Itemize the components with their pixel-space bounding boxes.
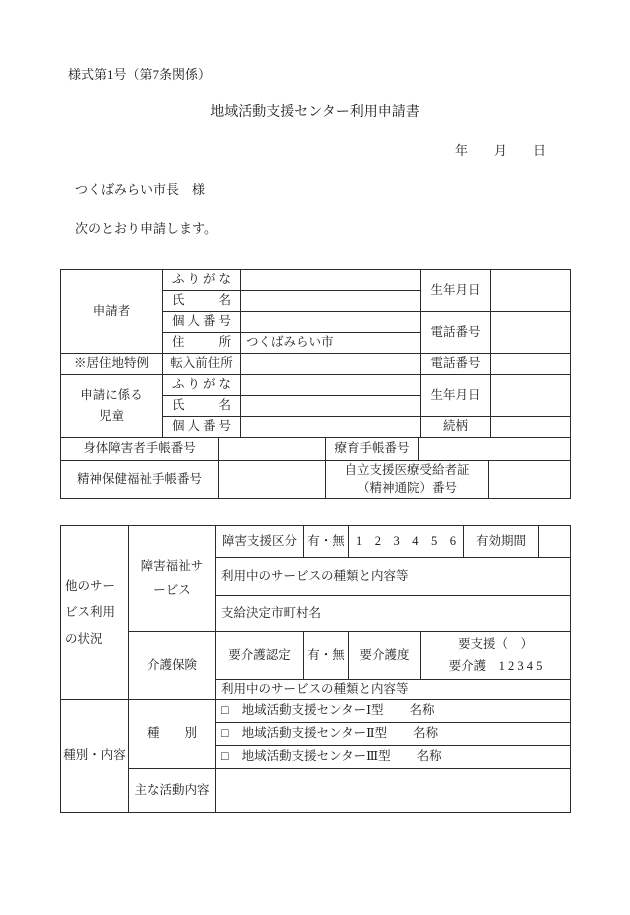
checkbox-center-type3[interactable]: □: [221, 749, 229, 765]
type-section-label: 種別・内容: [61, 700, 129, 813]
other-services-section-label: 他のサー ビス利用 の状況: [61, 526, 129, 700]
table-row: 他のサー ビス利用 の状況 障害福祉サ ービス 障害支援区分 有・無 1 2 3…: [61, 526, 571, 558]
child-name-field[interactable]: [241, 396, 421, 417]
physical-handbook-label: 身体障害者手帳番号: [61, 438, 219, 461]
center-type3-label: 地域活動支援センターⅢ型: [242, 749, 391, 763]
checkbox-center-type2[interactable]: □: [221, 726, 229, 742]
child-furigana-label: ふりがな: [163, 375, 241, 396]
applicant-phone-label: 電話番号: [421, 312, 491, 354]
mental-handbook-label: 精神保健福祉手帳番号: [61, 461, 219, 499]
table-row: 介護保険 要介護認定 有・無 要介護度 要支援（ ） 要介護 1 2 3 4 5: [61, 632, 571, 680]
main-activity-label: 主な活動内容: [129, 769, 216, 813]
disability-welfare-label: 障害福祉サ ービス: [129, 526, 216, 632]
care-level-label: 要介護度: [349, 632, 421, 680]
addressee-line: つくばみらい市長 様: [75, 181, 570, 199]
table-row: 精神保健福祉手帳番号 自立支援医療受給者証 （精神通院）番号: [61, 461, 571, 499]
center-type3-row: □地域活動支援センターⅢ型名称: [216, 746, 571, 769]
center-type1-name-label: 名称: [410, 703, 435, 719]
main-activity-field[interactable]: [216, 769, 571, 813]
center-type1-label: 地域活動支援センターⅠ型: [242, 703, 384, 717]
jiritsu-certificate-field[interactable]: [489, 461, 571, 499]
table-row: 身体障害者手帳番号 療育手帳番号: [61, 438, 571, 461]
care-level-options: 要支援（ ） 要介護 1 2 3 4 5: [421, 632, 571, 680]
table-row: 種別・内容 種別 □地域活動支援センターⅠ型名称: [61, 700, 571, 723]
checkbox-center-type1[interactable]: □: [221, 703, 229, 719]
nursing-insurance-label: 介護保険: [129, 632, 216, 700]
services-and-type-table: 他のサー ビス利用 の状況 障害福祉サ ービス 障害支援区分 有・無 1 2 3…: [60, 525, 571, 813]
applicant-personal-number-label: 個人番号: [163, 312, 241, 333]
page-title: 地域活動支援センター利用申請書: [60, 104, 570, 122]
applicant-furigana-label: ふりがな: [163, 270, 241, 291]
child-relation-label: 続柄: [421, 417, 491, 438]
residence-phone-field[interactable]: [491, 354, 571, 375]
application-form-page: 様式第1号（第7条関係） 地域活動支援センター利用申請書 年 月 日 つくばみら…: [60, 0, 570, 813]
support-category-label: 障害支援区分: [216, 526, 304, 558]
residence-exception-label: ※居住地特例: [61, 354, 163, 375]
center-type1-row: □地域活動支援センターⅠ型名称: [216, 700, 571, 723]
municipality-label: 支給決定市町村名: [216, 596, 571, 632]
applicant-phone-field[interactable]: [491, 312, 571, 354]
center-type3-name-label: 名称: [417, 749, 442, 765]
child-personal-number-field[interactable]: [241, 417, 421, 438]
applicant-birthdate-field[interactable]: [491, 270, 571, 312]
welfare-services-in-use-label: 利用中のサービスの種類と内容等: [216, 558, 571, 596]
valid-period-label: 有効期間: [464, 526, 539, 558]
applicant-name-field[interactable]: [241, 291, 421, 312]
applicant-section-label: 申請者: [61, 270, 163, 354]
jiritsu-certificate-label: 自立支援医療受給者証 （精神通院）番号: [326, 461, 489, 499]
applicant-address-field[interactable]: つくばみらい市: [241, 333, 421, 354]
table-row: ※居住地特例 転入前住所 電話番号: [61, 354, 571, 375]
child-section-label: 申請に係る 児童: [61, 375, 163, 438]
table-row: 申請者 ふりがな 生年月日: [61, 270, 571, 291]
ryoiku-handbook-label: 療育手帳番号: [326, 438, 419, 461]
form-number: 様式第1号（第7条関係）: [68, 66, 570, 84]
table-row: 申請に係る 児童 ふりがな 生年月日: [61, 375, 571, 396]
support-category-yes-no: 有・無: [304, 526, 349, 558]
child-name-label: 氏名: [163, 396, 241, 417]
applicant-table: 申請者 ふりがな 生年月日 氏名 個人番号 電話番号 住所 つくばみらい市: [60, 269, 571, 438]
support-category-levels: 1 2 3 4 5 6: [349, 526, 464, 558]
applicant-birthdate-label: 生年月日: [421, 270, 491, 312]
applicant-furigana-field[interactable]: [241, 270, 421, 291]
care-certification-label: 要介護認定: [216, 632, 304, 680]
applicant-personal-number-field[interactable]: [241, 312, 421, 333]
physical-handbook-field[interactable]: [219, 438, 326, 461]
date-line: 年 月 日: [60, 142, 570, 160]
table-row: 主な活動内容: [61, 769, 571, 813]
valid-period-field[interactable]: [539, 526, 571, 558]
applicant-address-label: 住所: [163, 333, 241, 354]
prev-address-field[interactable]: [241, 354, 421, 375]
prev-address-label: 転入前住所: [163, 354, 241, 375]
nursing-services-in-use-label: 利用中のサービスの種類と内容等: [216, 680, 571, 700]
center-type2-label: 地域活動支援センターⅡ型: [242, 726, 388, 740]
child-personal-number-label: 個人番号: [163, 417, 241, 438]
mental-handbook-field[interactable]: [219, 461, 326, 499]
applicant-name-label: 氏名: [163, 291, 241, 312]
type-label: 種別: [129, 700, 216, 769]
center-type2-row: □地域活動支援センターⅡ型名称: [216, 723, 571, 746]
child-birthdate-field[interactable]: [491, 375, 571, 417]
handbook-table: 身体障害者手帳番号 療育手帳番号 精神保健福祉手帳番号 自立支援医療受給者証 （…: [60, 437, 571, 499]
residence-phone-label: 電話番号: [421, 354, 491, 375]
care-certification-yes-no: 有・無: [304, 632, 349, 680]
intro-text: 次のとおり申請します。: [75, 220, 570, 238]
ryoiku-handbook-field[interactable]: [419, 438, 571, 461]
center-type2-name-label: 名称: [413, 726, 438, 742]
child-birthdate-label: 生年月日: [421, 375, 491, 417]
child-relation-field[interactable]: [491, 417, 571, 438]
child-furigana-field[interactable]: [241, 375, 421, 396]
